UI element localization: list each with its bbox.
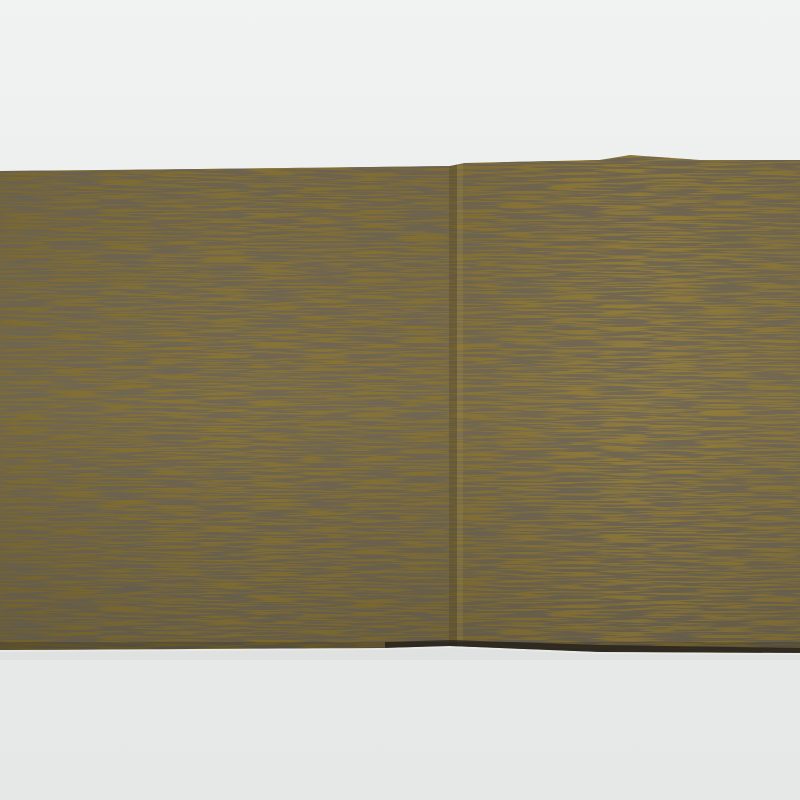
fold-line [449, 160, 457, 660]
silk-fabric-band [0, 150, 800, 660]
